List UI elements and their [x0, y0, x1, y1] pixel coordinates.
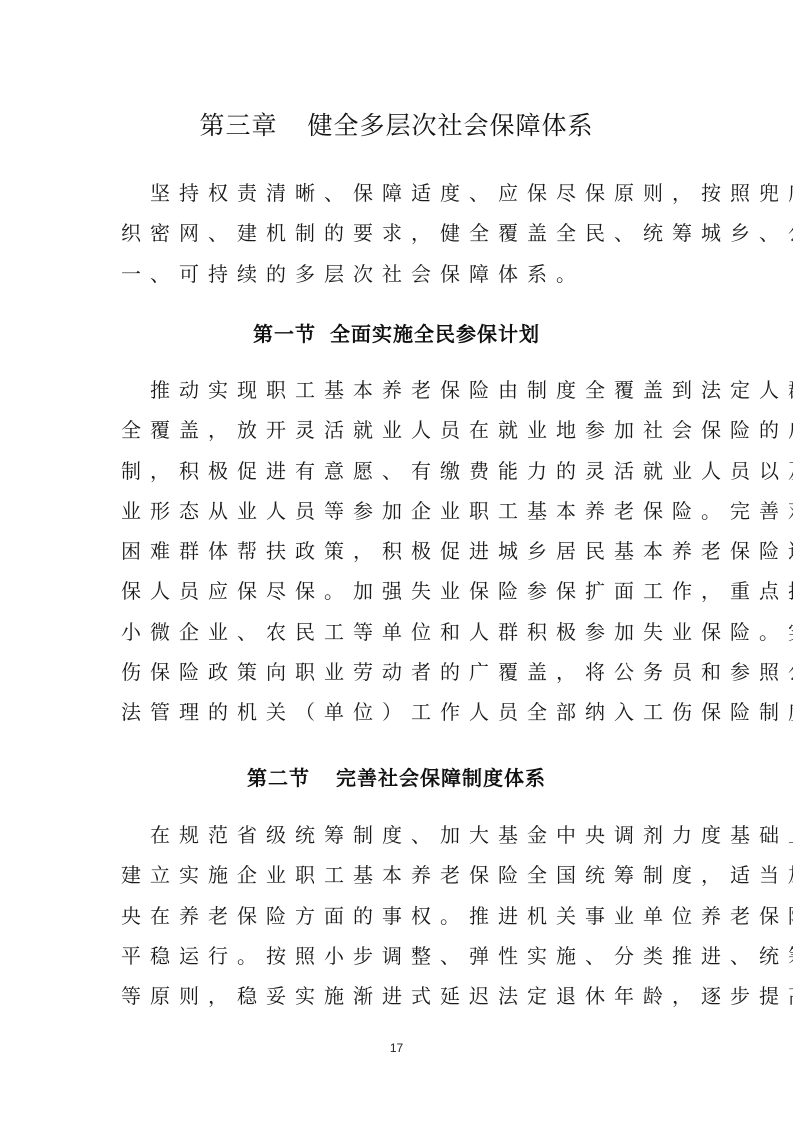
paragraph-line: 央在养老保险方面的事权。推进机关事业单位养老保险制度: [121, 896, 681, 936]
section-1-paragraph: 推动实现职工基本养老保险由制度全覆盖到法定人群 全覆盖，放开灵活就业人员在就业地…: [121, 370, 681, 733]
section-number: 第一节: [253, 322, 316, 346]
paragraph-line: 法管理的机关（单位）工作人员全部纳入工伤保险制度。: [121, 692, 681, 732]
document-page: 第三章健全多层次社会保障体系 坚持权责清晰、保障适度、应保尽保原则，按照兜底线、…: [0, 0, 793, 1122]
paragraph-line: 推动实现职工基本养老保险由制度全覆盖到法定人群: [121, 370, 681, 410]
paragraph-line: 坚持权责清晰、保障适度、应保尽保原则，按照兜底线、: [121, 173, 681, 213]
section-2-title: 第二节完善社会保障制度体系: [0, 762, 793, 791]
paragraph-line: 困难群体帮扶政策，积极促进城乡居民基本养老保险适龄参: [121, 531, 681, 571]
section-number: 第二节: [247, 766, 310, 790]
section-title-text: 全面实施全民参保计划: [330, 322, 540, 346]
paragraph-line: 全覆盖，放开灵活就业人员在就业地参加社会保险的户籍限: [121, 410, 681, 450]
paragraph-line: 建立实施企业职工基本养老保险全国统筹制度，适当加强中: [121, 855, 681, 895]
paragraph-line: 保人员应保尽保。加强失业保险参保扩面工作，重点推动中: [121, 571, 681, 611]
paragraph-line: 织密网、建机制的要求，健全覆盖全民、统筹城乡、公平统: [121, 213, 681, 253]
section-title-text: 完善社会保障制度体系: [336, 766, 546, 790]
paragraph-line: 在规范省级统筹制度、加大基金中央调剂力度基础上，: [121, 815, 681, 855]
paragraph-line: 制，积极促进有意愿、有缴费能力的灵活就业人员以及新就: [121, 451, 681, 491]
paragraph-line: 等原则，稳妥实施渐进式延迟法定退休年龄，逐步提高领取: [121, 976, 681, 1016]
chapter-number: 第三章: [199, 111, 277, 140]
chapter-title-text: 健全多层次社会保障体系: [308, 111, 594, 140]
chapter-title: 第三章健全多层次社会保障体系: [0, 106, 793, 142]
paragraph-line: 小微企业、农民工等单位和人群积极参加失业保险。实现工: [121, 612, 681, 652]
page-number: 17: [0, 1041, 793, 1055]
paragraph-line: 伤保险政策向职业劳动者的广覆盖，将公务员和参照公务员: [121, 652, 681, 692]
intro-paragraph: 坚持权责清晰、保障适度、应保尽保原则，按照兜底线、 织密网、建机制的要求，健全覆…: [121, 173, 681, 294]
section-1-title: 第一节全面实施全民参保计划: [0, 318, 793, 347]
section-2-paragraph: 在规范省级统筹制度、加大基金中央调剂力度基础上， 建立实施企业职工基本养老保险全…: [121, 815, 681, 1016]
paragraph-line: 一、可持续的多层次社会保障体系。: [121, 254, 681, 294]
paragraph-line: 业形态从业人员等参加企业职工基本养老保险。完善对缴费: [121, 491, 681, 531]
paragraph-line: 平稳运行。按照小步调整、弹性实施、分类推进、统筹兼顾: [121, 936, 681, 976]
